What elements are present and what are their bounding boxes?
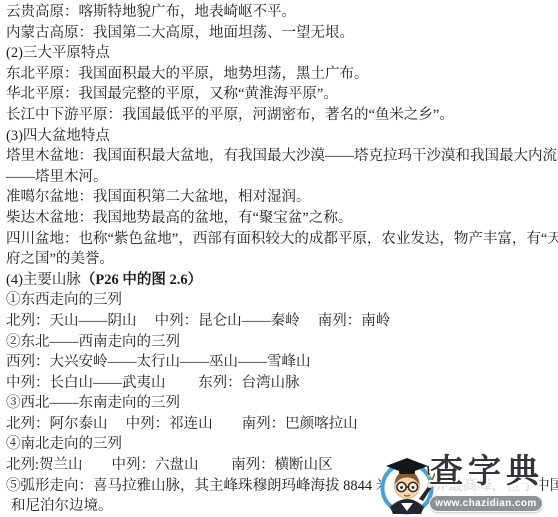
text-run: 西列：大兴安岭——太行山——巫山——雪峰山 bbox=[6, 354, 311, 370]
text-run: ③西北——东南走向的三列 bbox=[6, 395, 180, 411]
text-run: 和尼泊尔边境。 bbox=[11, 498, 113, 514]
text-line: 云贵高原：喀斯特地貌广布，地表崎岖不平。 bbox=[0, 2, 558, 23]
watermark-url: www.chazidian.com bbox=[429, 495, 543, 512]
text-line: ②东北——西南走向的三列 bbox=[0, 332, 558, 353]
text-run: (2)三大平原特点 bbox=[6, 45, 110, 61]
document-text: 云贵高原：喀斯特地貌广布，地表崎岖不平。内蒙古高原：我国第二大高原，地面坦荡、一… bbox=[0, 0, 558, 517]
text-line: 准噶尔盆地：我国面积第二大盆地，相对湿润。 bbox=[0, 187, 558, 208]
text-run: (4)主要山脉 bbox=[6, 272, 81, 288]
text-line: 北列：阿尔泰山 中列：祁连山 南列：巴颜喀拉山 bbox=[0, 414, 558, 435]
text-run: 长江中下游平原：我国最低平的平原，河湖密布，著名的“鱼米之乡”。 bbox=[6, 107, 454, 123]
text-run: (3)四大盆地特点 bbox=[6, 128, 110, 144]
watermark-brand-text: 查字典 bbox=[430, 452, 542, 492]
text-run: 柴达木盆地：我国地势最高的盆地，有“聚宝盆”之称。 bbox=[6, 210, 352, 226]
text-run: 东北平原：我国面积最大的平原，地势坦荡，黑土广布。 bbox=[6, 66, 369, 82]
text-line: (3)四大盆地特点 bbox=[0, 126, 558, 147]
text-run: 内蒙古高原：我国第二大高原，地面坦荡、一望无垠。 bbox=[6, 25, 354, 41]
text-run: ②东北——西南走向的三列 bbox=[6, 334, 180, 350]
text-run: 云贵高原：喀斯特地貌广布，地表崎岖不平。 bbox=[6, 4, 296, 20]
text-run: 北列：阿尔泰山 中列：祁连山 南列：巴颜喀拉山 bbox=[6, 416, 358, 432]
text-line: 府之国”的美誉。 bbox=[0, 249, 558, 270]
graduate-mascot-icon bbox=[379, 455, 437, 516]
text-line: ③西北——东南走向的三列 bbox=[0, 393, 558, 414]
text-run: 北列:贺兰山 中列：六盘山 南列：横断山区 bbox=[6, 457, 333, 473]
text-run: ④南北走向的三列 bbox=[6, 436, 122, 452]
text-line: 四川盆地：也称“紫色盆地”，西部有面积较大的成都平原，农业发达，物产丰富，有“天 bbox=[0, 229, 558, 250]
text-line: 柴达木盆地：我国地势最高的盆地，有“聚宝盆”之称。 bbox=[0, 208, 558, 229]
text-run: 准噶尔盆地：我国面积第二大盆地，相对湿润。 bbox=[6, 189, 311, 205]
text-run-bold: （P26 中的图 2.6） bbox=[81, 272, 202, 288]
text-run: 府之国”的美誉。 bbox=[6, 251, 114, 267]
text-line: (4)主要山脉（P26 中的图 2.6） bbox=[0, 270, 558, 291]
document-page: 云贵高原：喀斯特地貌广布，地表崎岖不平。内蒙古高原：我国第二大高原，地面坦荡、一… bbox=[0, 0, 558, 517]
text-line: 长江中下游平原：我国最低平的平原，河湖密布，著名的“鱼米之乡”。 bbox=[0, 105, 558, 126]
text-line: 东北平原：我国面积最大的平原，地势坦荡，黑土广布。 bbox=[0, 64, 558, 85]
text-line: 中列：长白山——武夷山 东列：台湾山脉 bbox=[0, 373, 558, 394]
chazidian-watermark: 查字典 www.chazidian.com bbox=[379, 454, 555, 516]
text-run: 华北平原：我国最完整的平原，又称“黄淮海平原”。 bbox=[6, 86, 338, 102]
text-line: ①东西走向的三列 bbox=[0, 290, 558, 311]
text-run: 四川盆地：也称“紫色盆地”，西部有面积较大的成都平原，农业发达，物产丰富，有“天 bbox=[6, 231, 558, 247]
text-run: ——塔里木河。 bbox=[6, 169, 108, 185]
text-line: (2)三大平原特点 bbox=[0, 43, 558, 64]
text-line: ——塔里木河。 bbox=[0, 167, 558, 188]
text-line: 西列：大兴安岭——太行山——巫山——雪峰山 bbox=[0, 352, 558, 373]
text-run: 塔里木盆地：我国面积最大盆地，有我国最大沙漠——塔克拉玛干沙漠和我国最大内流河 bbox=[6, 148, 558, 164]
text-run: ①东西走向的三列 bbox=[6, 292, 122, 308]
text-run: 中列：长白山——武夷山 东列：台湾山脉 bbox=[6, 375, 300, 391]
text-run: 北列：天山——阴山 中列：昆仑山——秦岭 南列：南岭 bbox=[6, 313, 390, 329]
text-line: 内蒙古高原：我国第二大高原，地面坦荡、一望无垠。 bbox=[0, 23, 558, 44]
text-line: 华北平原：我国最完整的平原，又称“黄淮海平原”。 bbox=[0, 84, 558, 105]
text-line: 北列：天山——阴山 中列：昆仑山——秦岭 南列：南岭 bbox=[0, 311, 558, 332]
text-line: 塔里木盆地：我国面积最大盆地，有我国最大沙漠——塔克拉玛干沙漠和我国最大内流河 bbox=[0, 146, 558, 167]
